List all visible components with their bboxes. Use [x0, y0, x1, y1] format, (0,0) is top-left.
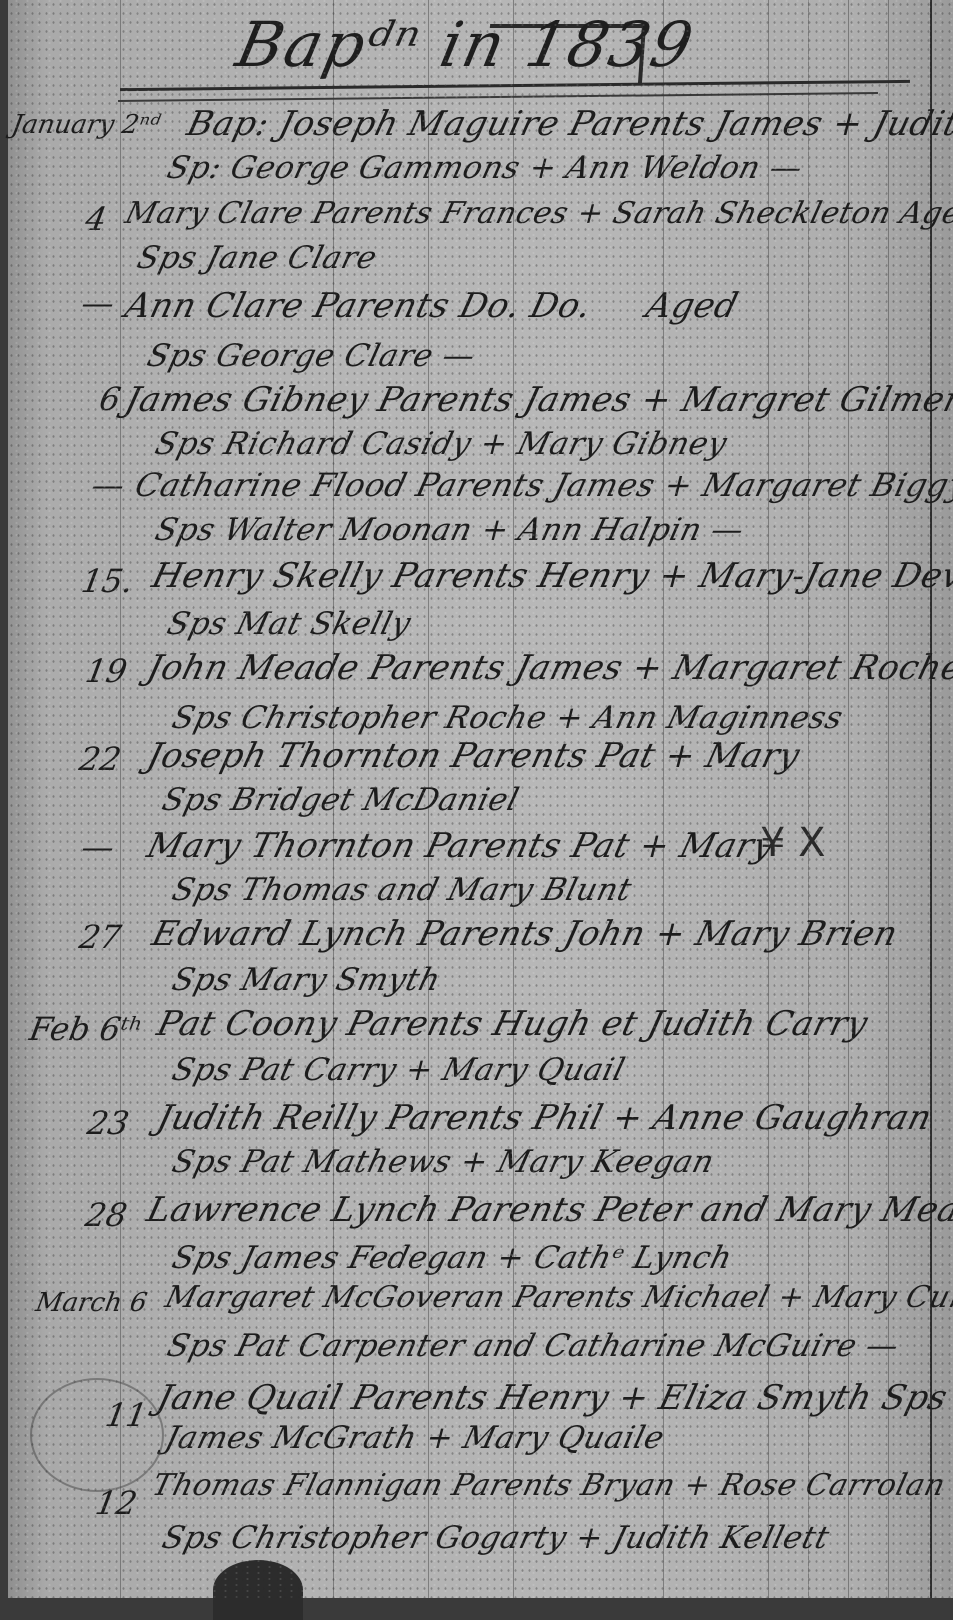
- entry-child-line: Mary Clare Parents Frances + Sarah Sheck…: [122, 196, 953, 231]
- entry-date: —: [89, 466, 128, 504]
- entry-date: —: [79, 828, 118, 866]
- entry-child-line: John Meade Parents James + Margaret Roch…: [143, 648, 953, 688]
- entry-child-line: Edward Lynch Parents John + Mary Brien: [148, 914, 902, 954]
- entry-date: 27: [77, 918, 124, 956]
- entry-date: 12: [93, 1484, 140, 1522]
- entry-child-line: James Gibney Parents James + Margret Gil…: [121, 380, 953, 420]
- entry-child-line: Thomas Flannigan Parents Bryan + Rose Ca…: [149, 1468, 949, 1503]
- entry-sponsors-line: Sps Bridget McDaniel: [159, 782, 523, 818]
- entry-sponsors-line: Sps George Clare —: [144, 338, 480, 374]
- entry-child-line: Mary Thornton Parents Pat + Mary: [143, 826, 778, 866]
- entry-child-line: Catharine Flood Parents James + Margaret…: [131, 466, 953, 504]
- entry-child-line: Joseph Thornton Parents Pat + Mary: [143, 736, 804, 776]
- entry-sponsors-line: Sps Christopher Gogarty + Judith Kellett: [159, 1520, 834, 1556]
- register-page: Bapᵈⁿ in 1839 January 2ⁿᵈ Bap: Joseph Ma…: [8, 0, 953, 1598]
- title-label: Bapᵈⁿ in: [230, 8, 513, 81]
- entry-sponsors-line: Sps Mat Skelly: [164, 606, 415, 642]
- entry-child-line: Jane Quail Parents Henry + Eliza Smyth S…: [153, 1378, 952, 1418]
- entry-child-line: Bap: Joseph Maguire Parents James + Judi…: [183, 104, 953, 144]
- entry-date: March 6: [33, 1288, 149, 1318]
- entry-sponsors-line: Sps Richard Casidy + Mary Gibney: [152, 426, 731, 462]
- entry-date: 22: [77, 740, 124, 778]
- entry-date: 23: [85, 1104, 132, 1142]
- entry-sponsors-line: Sps Mary Smyth: [169, 962, 445, 998]
- entry-date: January 2ⁿᵈ: [9, 110, 162, 140]
- entry-sponsors-line: Sps Walter Moonan + Ann Halpin —: [152, 512, 748, 548]
- entry-date: 28: [83, 1196, 130, 1234]
- entry-sponsors-line: Sps James Fedegan + Cathᵉ Lynch: [169, 1240, 736, 1276]
- entry-sponsors-line: James McGrath + Mary Quaile: [162, 1420, 669, 1456]
- ruling-line: [120, 0, 121, 1598]
- entry-date: 15.: [79, 562, 137, 600]
- page-title: Bapᵈⁿ in 1839: [230, 8, 701, 81]
- entry-date: 11: [103, 1396, 150, 1434]
- entry-child-line: Margaret McGoveran Parents Michael + Mar…: [162, 1280, 953, 1315]
- margin-mark: ¥ X: [760, 820, 826, 866]
- entry-sponsors-line: Sp: George Gammons + Ann Weldon —: [164, 150, 807, 186]
- entry-date: Feb 6ᵗʰ: [27, 1010, 146, 1048]
- margin-line: [930, 0, 932, 1598]
- entry-child-line: Pat Coony Parents Hugh et Judith Carry: [153, 1004, 872, 1044]
- entry-child-line: Lawrence Lynch Parents Peter and Mary Me…: [143, 1190, 953, 1230]
- entry-child-line: Henry Skelly Parents Henry + Mary-Jane D…: [148, 556, 953, 596]
- entry-sponsors-line: Sps Pat Carry + Mary Quail: [169, 1052, 629, 1088]
- title-year: 1839: [520, 8, 701, 81]
- entry-date: —: [79, 284, 118, 322]
- entry-child-line: Ann Clare Parents Do. Do. Aged: [121, 286, 742, 326]
- entry-date: 19: [83, 652, 130, 690]
- title-underline: [118, 92, 878, 102]
- entry-sponsors-line: Sps Jane Clare: [134, 240, 381, 276]
- entry-sponsors-line: Sps Pat Mathews + Mary Keegan: [169, 1144, 718, 1180]
- entry-sponsors-line: Sps Pat Carpenter and Catharine McGuire …: [164, 1328, 903, 1364]
- entry-sponsors-line: Sps Christopher Roche + Ann Maginness: [169, 700, 847, 736]
- thumb-shadow: [213, 1560, 303, 1598]
- entry-sponsors-line: Sps Thomas and Mary Blunt: [169, 872, 636, 908]
- entry-child-line: Judith Reilly Parents Phil + Anne Gaughr…: [153, 1098, 936, 1138]
- entry-date: 4: [83, 200, 110, 238]
